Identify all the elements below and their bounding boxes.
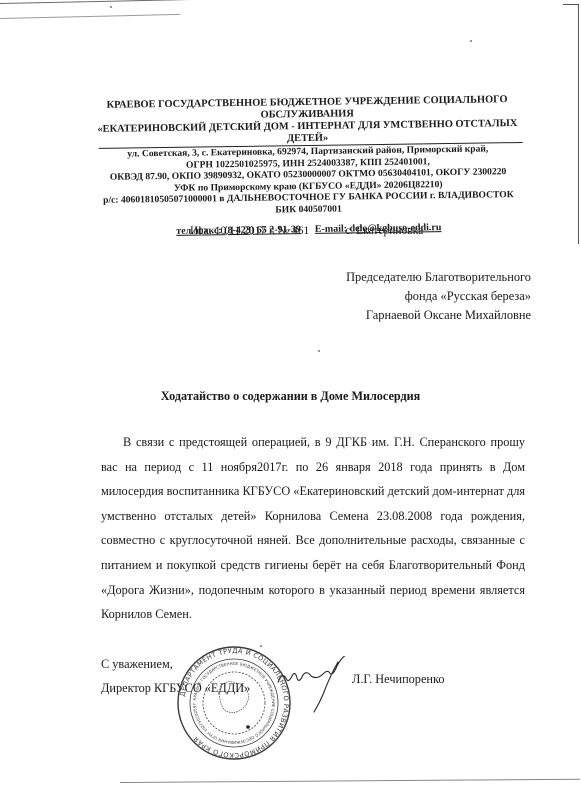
addressee-line3: Гарнаевой Оксане Михайловне [346, 306, 531, 325]
letterhead: КРАЕВОЕ ГОСУДАРСТВЕННОЕ БЮДЖЕТНОЕ УЧРЕЖД… [92, 94, 524, 239]
scan-speck [110, 6, 112, 8]
addressee-line1: Председателю Благотворительного [346, 268, 531, 287]
scan-edge-right [578, 4, 579, 244]
outgoing-reference: Исх. 10.11.2017 г. № 461с. Екатериновка [190, 225, 423, 237]
document-title: Ходатайство о содержании в Доме Милосерд… [0, 389, 581, 404]
scan-speck [318, 350, 320, 352]
addressee-block: Председателю Благотворительного фонда «Р… [346, 268, 531, 325]
scan-edge-corner [563, 4, 579, 5]
scan-edge-bottom [120, 779, 580, 783]
signature-icon [276, 656, 366, 716]
document-body: В связи с предстоящей операцией, в 9 ДГК… [101, 430, 525, 627]
scan-edge-top [0, 0, 490, 4]
outgoing-number: Исх. 10.11.2017 г. № 461 [190, 225, 309, 237]
scan-speck [470, 40, 472, 42]
official-stamp-icon: ДЕПАРТАМЕНТ ТРУДА И СОЦИАЛЬНОГО РАЗВИТИЯ… [176, 645, 292, 761]
outgoing-place: с. Екатериновка [345, 225, 423, 237]
scan-edge-top-faint [0, 14, 180, 19]
addressee-line2: фонда «Русская береза» [346, 287, 531, 306]
